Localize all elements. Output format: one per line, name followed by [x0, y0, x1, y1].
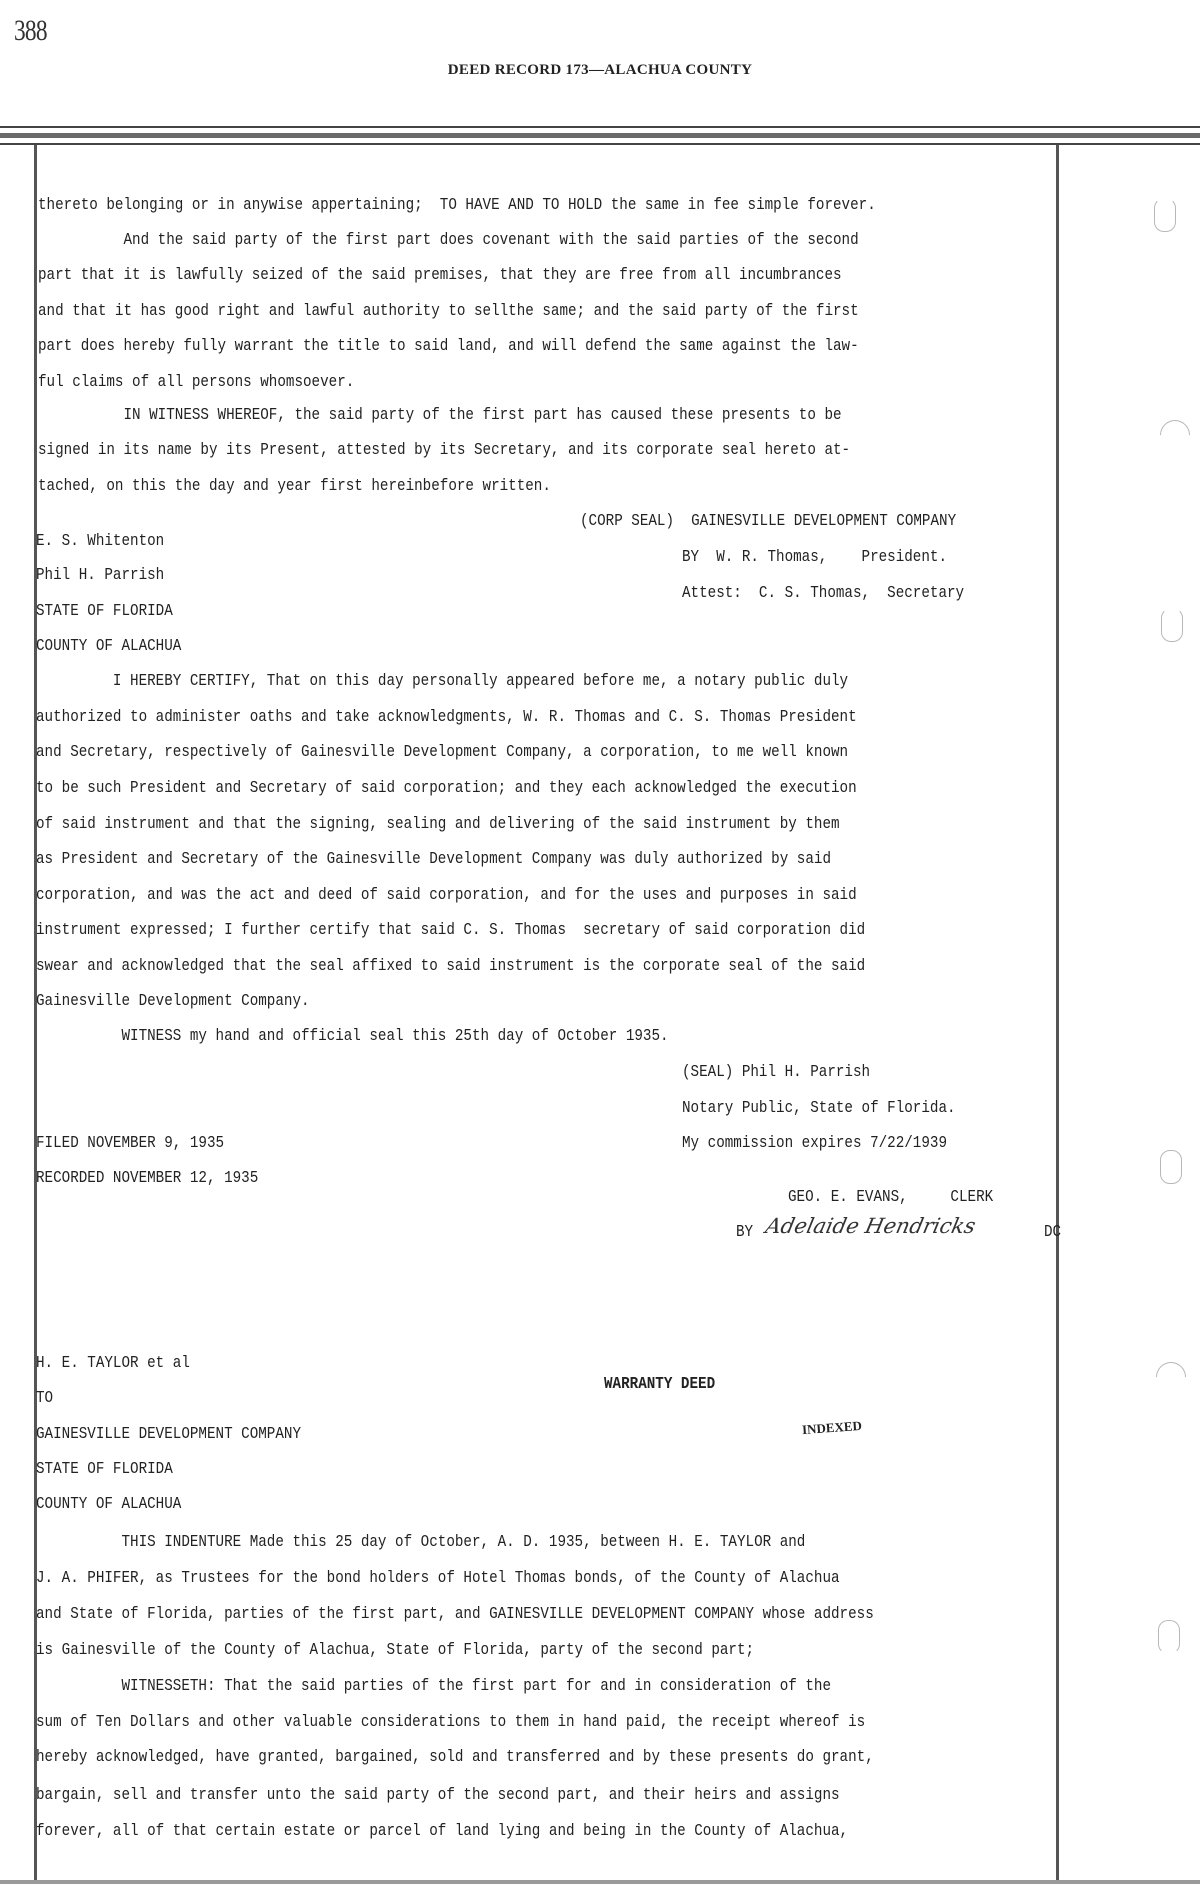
certificate-line: I HEREBY CERTIFY, That on this day perso…	[36, 672, 848, 690]
certificate-line: corporation, and was the act and deed of…	[36, 886, 857, 904]
certificate-line: WITNESS my hand and official seal this 2…	[36, 1027, 669, 1045]
header-rule-bottom	[0, 143, 1200, 145]
deed1-line: signed in its name by its Present, attes…	[38, 441, 850, 459]
deed1-line: and that it has good right and lawful au…	[38, 302, 859, 320]
certificate-line: Gainesville Development Company.	[36, 992, 310, 1010]
binder-ring-icon	[1154, 198, 1176, 232]
recorded-date: RECORDED NOVEMBER 12, 1935	[36, 1169, 258, 1187]
deed1-line: thereto belonging or in anywise appertai…	[38, 196, 876, 214]
certificate-line: of said instrument and that the signing,…	[36, 815, 840, 833]
certificate-line: and Secretary, respectively of Gainesvil…	[36, 743, 848, 761]
attest-line: Attest: C. S. Thomas, Secretary	[682, 584, 964, 602]
deed1-line: ful claims of all persons whomsoever.	[38, 373, 354, 391]
state-heading: STATE OF FLORIDA	[36, 1460, 173, 1478]
deed1-line: IN WITNESS WHEREOF, the said party of th…	[38, 406, 842, 424]
header-rule-top	[0, 126, 1200, 128]
deed2-line: WITNESSETH: That the said parties of the…	[36, 1677, 831, 1695]
indexed-stamp: INDEXED	[802, 1418, 863, 1438]
deed2-line: is Gainesville of the County of Alachua,…	[36, 1641, 754, 1659]
binder-ring-icon	[1158, 1620, 1180, 1654]
certificate-line: authorized to administer oaths and take …	[36, 708, 857, 726]
state-heading: STATE OF FLORIDA	[36, 602, 173, 620]
binder-ring-icon	[1154, 414, 1196, 456]
deed2-line: bargain, sell and transfer unto the said…	[36, 1786, 840, 1804]
deed1-line: tached, on this the day and year first h…	[38, 477, 551, 495]
right-margin-line	[1056, 145, 1059, 1884]
deputy-clerk-signature: Adelaide Hendricks	[763, 1214, 977, 1238]
notary-title-line: Notary Public, State of Florida.	[682, 1099, 956, 1117]
left-margin-line	[34, 145, 37, 1884]
page-header-title: DEED RECORD 173—ALACHUA COUNTY	[0, 62, 1200, 79]
notary-seal-line: (SEAL) Phil H. Parrish	[682, 1063, 870, 1081]
to-heading: TO	[36, 1389, 53, 1407]
corp-seal-line: (CORP SEAL) GAINESVILLE DEVELOPMENT COMP…	[580, 512, 956, 530]
binder-ring-icon	[1160, 1150, 1182, 1184]
county-heading: COUNTY OF ALACHUA	[36, 637, 181, 655]
header-rule-thick	[0, 133, 1200, 138]
bottom-edge	[0, 1880, 1200, 1884]
clerk-line: GEO. E. EVANS, CLERK	[788, 1188, 993, 1206]
page-number: 388	[14, 14, 47, 48]
certificate-line: swear and acknowledged that the seal aff…	[36, 957, 865, 975]
deputy-by-label: BY	[736, 1223, 753, 1241]
binder-ring-icon	[1161, 608, 1183, 642]
president-signature-line: BY W. R. Thomas, President.	[682, 548, 947, 566]
deputy-clerk-suffix: DC	[1044, 1223, 1061, 1241]
deed2-line: J. A. PHIFER, as Trustees for the bond h…	[36, 1569, 840, 1587]
deed2-line: sum of Ten Dollars and other valuable co…	[36, 1713, 865, 1731]
filed-date: FILED NOVEMBER 9, 1935	[36, 1134, 224, 1152]
deed1-line: part does hereby fully warrant the title…	[38, 337, 859, 355]
deed2-line: forever, all of that certain estate or p…	[36, 1822, 848, 1840]
deed1-line: And the said party of the first part doe…	[38, 231, 859, 249]
grantee-heading: GAINESVILLE DEVELOPMENT COMPANY	[36, 1425, 301, 1443]
witness-name: E. S. Whitenton	[36, 532, 164, 550]
certificate-line: to be such President and Secretary of sa…	[36, 779, 857, 797]
deed2-line: THIS INDENTURE Made this 25 day of Octob…	[36, 1533, 805, 1551]
grantor-heading: H. E. TAYLOR et al	[36, 1354, 190, 1372]
certificate-line: instrument expressed; I further certify …	[36, 921, 865, 939]
deed2-line: hereby acknowledged, have granted, barga…	[36, 1748, 874, 1766]
deed-type-title: WARRANTY DEED	[604, 1375, 715, 1393]
county-heading: COUNTY OF ALACHUA	[36, 1495, 181, 1513]
deed2-line: and State of Florida, parties of the fir…	[36, 1605, 874, 1623]
deed1-line: part that it is lawfully seized of the s…	[38, 266, 842, 284]
witness-name: Phil H. Parrish	[36, 566, 164, 584]
binder-ring-icon	[1150, 1356, 1192, 1398]
commission-expiry-line: My commission expires 7/22/1939	[682, 1134, 947, 1152]
certificate-line: as President and Secretary of the Gaines…	[36, 850, 831, 868]
